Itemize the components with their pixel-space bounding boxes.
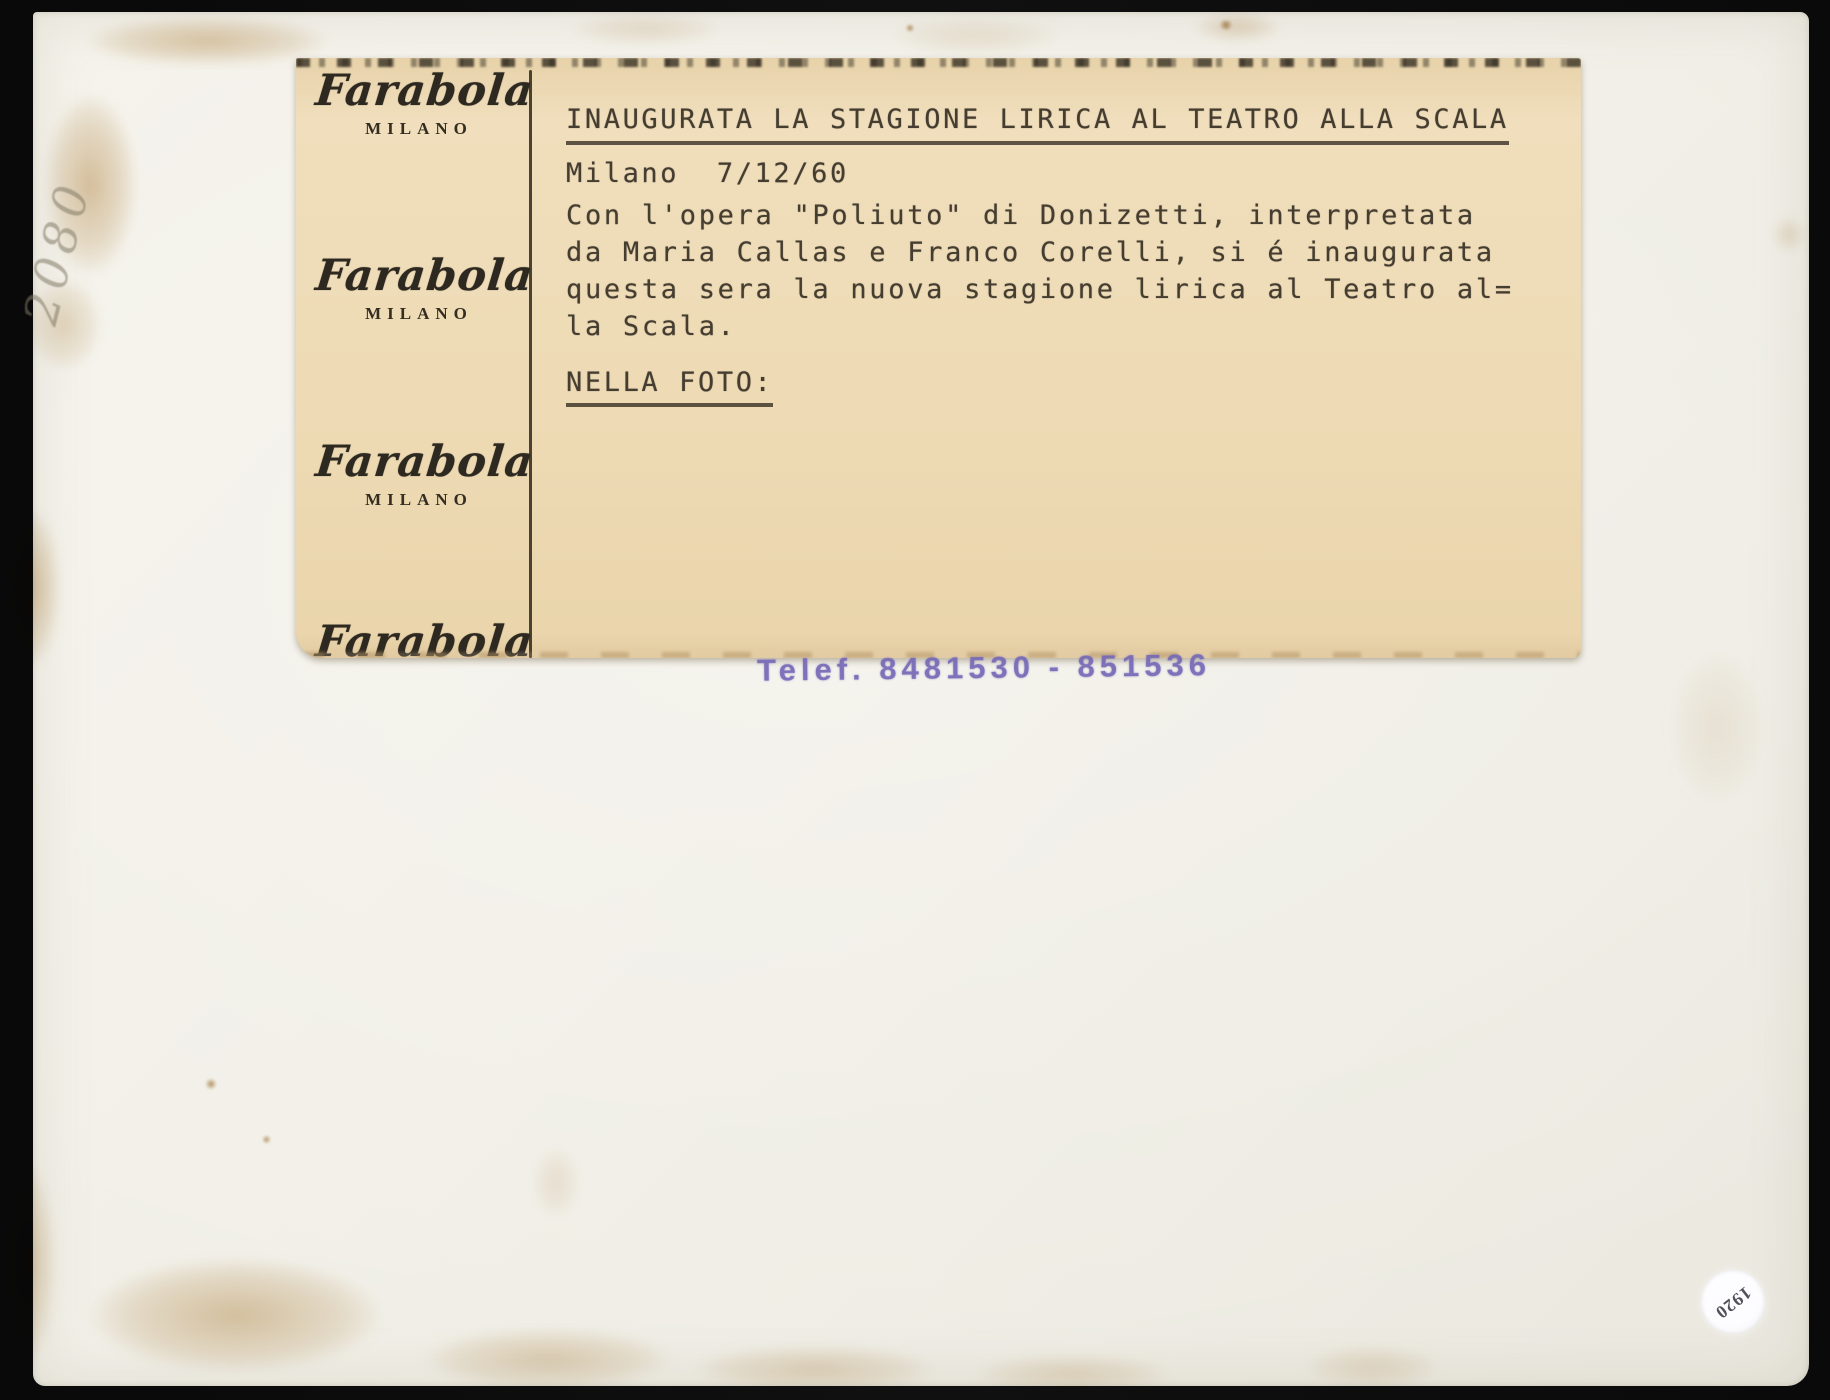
agency-logo-city: MILANO <box>316 490 522 510</box>
stain <box>1655 625 1780 830</box>
typed-caption: INAUGURATA LA STAGIONE LIRICA AL TEATRO … <box>566 58 1578 407</box>
stain <box>1768 212 1810 257</box>
caption-title: INAUGURATA LA STAGIONE LIRICA AL TEATRO … <box>566 104 1509 145</box>
agency-logo-script: Farabola <box>314 257 524 295</box>
stain-speck <box>262 1135 271 1144</box>
caption-dateline: Milano 7/12/60 <box>566 158 1578 190</box>
archive-sticker-number: 1920 <box>1711 1281 1755 1322</box>
caption-body: Con l'opera "Poliuto" di Donizetti, inte… <box>566 197 1578 345</box>
scanned-photo-verso: 2080 Farabola MILANO Farabola MILANO Far… <box>0 0 1830 1400</box>
stain <box>1180 8 1295 46</box>
caption-label: Farabola MILANO Farabola MILANO Farabola… <box>296 58 1581 658</box>
stain <box>860 10 1090 62</box>
agency-logo-city: MILANO <box>316 119 522 139</box>
agency-logo: Farabola MILANO <box>316 443 522 510</box>
stain-speck <box>1218 20 1234 30</box>
caption-photo-note: NELLA FOTO: <box>566 368 773 407</box>
stain <box>940 1348 1205 1400</box>
agency-logo-city: MILANO <box>316 304 522 324</box>
stain-speck <box>205 1078 217 1090</box>
stain <box>0 480 70 695</box>
stain <box>38 1238 433 1393</box>
label-column-divider <box>529 70 532 658</box>
agency-logo-script: Farabola <box>314 72 524 110</box>
stain <box>1280 1338 1465 1396</box>
agency-logo-script: Farabola <box>314 623 524 658</box>
stain <box>650 1338 980 1400</box>
agency-logo: Farabola <box>316 623 522 658</box>
archive-sticker: 1920 <box>1701 1270 1765 1334</box>
stain <box>545 8 745 50</box>
stain-speck <box>905 24 915 32</box>
phone-number-stamp: Telef. 8481530 - 851536 <box>757 647 1211 689</box>
agency-logo: Farabola MILANO <box>316 257 522 324</box>
stain <box>525 1135 587 1230</box>
agency-logo-script: Farabola <box>314 443 524 481</box>
agency-logo: Farabola MILANO <box>316 72 522 139</box>
